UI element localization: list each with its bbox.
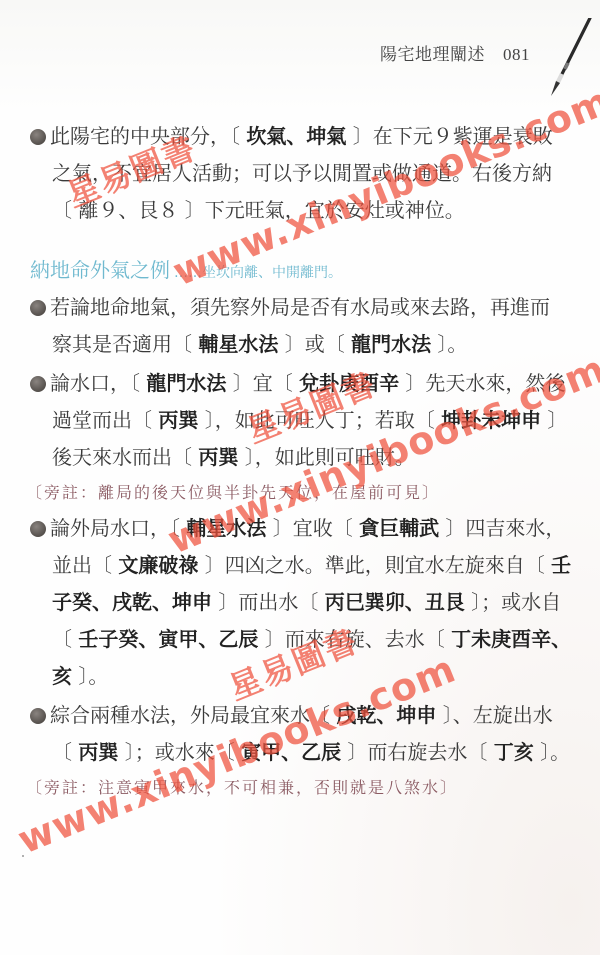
bullet-icon (30, 376, 46, 392)
body-text: 綜合兩種水法，外局最宜來水〔 (50, 703, 336, 727)
text-line: 論外局水口，〔 輔星水法 〕宜收〔 貪巨輔武 〕四吉來水， (30, 510, 590, 547)
paragraph-water-mouth: 論水口，〔 龍門水法 〕宜〔 兌卦庚酉辛 〕先天水來，然後 過堂而出〔 丙巽 〕… (30, 365, 590, 476)
bold-term: 寅甲、乙辰 (241, 740, 341, 764)
body-text: 〕宜收〔 (266, 516, 359, 540)
text-line: 〔 壬子癸、寅甲、乙辰 〕而來右旋、去水〔 丁未庚酉辛、 (30, 621, 590, 658)
bold-term: 坤卦未坤申 (441, 408, 541, 432)
body-text: 〕、左旋出水 (436, 703, 552, 727)
text-line: 並出〔 文廉破祿 〕四凶之水。準此，則宜水左旋來自〔 壬 (30, 547, 590, 584)
text-line: 論水口，〔 龍門水法 〕宜〔 兌卦庚酉辛 〕先天水來，然後 (30, 365, 590, 402)
section-heading: 納地命外氣之例……坐坎向離、中開離門。 (30, 251, 590, 289)
bold-term: 丙巳巽卯、丑艮 (325, 590, 465, 614)
body-text: 此陽宅的中央部分，〔 (50, 124, 246, 148)
bold-term: 壬 (551, 553, 571, 577)
body-text: 〕；或水來〔 (118, 740, 241, 764)
body-text: 〔 離９、艮８ 〕下元旺氣，宜於安灶或神位。 (52, 198, 465, 222)
body-text: 〕而右旋去水〔 (341, 740, 494, 764)
body-text: 並出〔 (52, 553, 118, 577)
body-text: 〕而來右旋、去水〔 (258, 627, 451, 651)
section-title: 納地命外氣之例 (30, 258, 170, 282)
body-text: 〕。 (534, 740, 570, 764)
paragraph-central-area: 此陽宅的中央部分，〔 坎氣、坤氣 〕在下元９紫運是衰敗 之氣，不宜居人活動；可以… (30, 118, 590, 229)
body-text: 論外局水口，〔 (50, 516, 186, 540)
bold-term: 丁未庚酉辛、 (451, 627, 571, 651)
bold-term: 貪巨輔武 (359, 516, 439, 540)
bold-term: 子癸、戌乾、坤申 (52, 590, 212, 614)
body-text: 〕或〔 (278, 332, 351, 356)
body-text: 察其是否適用〔 (52, 332, 198, 356)
paragraph-summary: 綜合兩種水法，外局最宜來水〔 戌乾、坤申 〕、左旋出水 〔 丙巽 〕；或水來〔 … (30, 697, 590, 771)
brush-pen-icon (548, 18, 592, 98)
body-text: 〕四凶之水。準此，則宜水左旋來自〔 (198, 553, 551, 577)
annotation-note: 〔旁註：離局的後天位與半卦先天位，在屋前可見〕 (26, 476, 590, 510)
bold-term: 丙巽 (78, 740, 118, 764)
bullet-icon (30, 521, 46, 537)
body-text: 〕 (541, 408, 567, 432)
text-line: 〔 離９、艮８ 〕下元旺氣，宜於安灶或神位。 (30, 192, 590, 229)
bold-term: 輔星水法 (198, 332, 278, 356)
text-line: 之氣，不宜居人活動；可以予以閒置或做通道。右後方納 (30, 155, 590, 192)
scan-speck (22, 855, 24, 857)
running-header: 陽宅地理闡述081 (380, 40, 530, 65)
text-line: 後天來水而出〔 丙巽 〕，如此則可旺財。 (30, 439, 590, 476)
bold-term: 輔星水法 (186, 516, 266, 540)
text-line: 綜合兩種水法，外局最宜來水〔 戌乾、坤申 〕、左旋出水 (30, 697, 590, 734)
bold-term: 坎氣、坤氣 (246, 124, 346, 148)
paragraph-earth-qi: 若論地命地氣，須先察外局是否有水局或來去路，再進而 察其是否適用〔 輔星水法 〕… (30, 289, 590, 363)
bold-term: 龍門水法 (146, 371, 226, 395)
text-line: 子癸、戌乾、坤申 〕而出水〔 丙巳巽卯、丑艮 〕；或水自 (30, 584, 590, 621)
book-title: 陽宅地理闡述 (380, 45, 485, 65)
body-text: 〕。 (431, 332, 467, 356)
body-text: 〕而出水〔 (212, 590, 325, 614)
text-line: 察其是否適用〔 輔星水法 〕或〔 龍門水法 〕。 (30, 326, 590, 363)
bold-term: 龍門水法 (351, 332, 431, 356)
bold-term: 戌乾、坤申 (336, 703, 436, 727)
bold-term: 丁亥 (494, 740, 534, 764)
body-text: 〕宜〔 (226, 371, 299, 395)
text-line: 亥 〕。 (30, 658, 590, 695)
body-text: 〕；或水自 (465, 590, 561, 614)
body-text: 論水口，〔 (50, 371, 146, 395)
bold-term: 壬子癸、寅甲、乙辰 (78, 627, 258, 651)
body-text: 之氣，不宜居人活動；可以予以閒置或做通道。右後方納 (52, 161, 552, 185)
body-text: 〕四吉來水， (439, 516, 565, 540)
bold-term: 亥 (52, 664, 72, 688)
section-subtitle: ……坐坎向離、中開離門。 (174, 265, 342, 281)
text-line: 過堂而出〔 丙巽 〕，如此可旺人丁；若取〔 坤卦未坤申 〕 (30, 402, 590, 439)
bullet-icon (30, 129, 46, 145)
body-text: 過堂而出〔 (52, 408, 158, 432)
body-text: 〕，如此則可旺財。 (238, 445, 414, 469)
bullet-icon (30, 708, 46, 724)
page-body: 此陽宅的中央部分，〔 坎氣、坤氣 〕在下元９紫運是衰敗 之氣，不宜居人活動；可以… (30, 118, 590, 805)
bold-term: 丙巽 (158, 408, 198, 432)
body-text: 〔 (52, 627, 78, 651)
body-text: 〕在下元９紫運是衰敗 (346, 124, 552, 148)
body-text: 〔 (52, 740, 78, 764)
page-number: 081 (503, 45, 530, 64)
bold-term: 文廉破祿 (118, 553, 198, 577)
body-text: 〕，如此可旺人丁；若取〔 (198, 408, 441, 432)
bullet-icon (30, 300, 46, 316)
body-text: 〕。 (72, 664, 108, 688)
annotation-note: 〔旁註：注意寅甲來水，不可相兼，否則就是八煞水〕 (26, 771, 590, 805)
body-text: 若論地命地氣，須先察外局是否有水局或來去路，再進而 (50, 295, 550, 319)
text-line: 此陽宅的中央部分，〔 坎氣、坤氣 〕在下元９紫運是衰敗 (30, 118, 590, 155)
paragraph-outer-water-mouth: 論外局水口，〔 輔星水法 〕宜收〔 貪巨輔武 〕四吉來水， 並出〔 文廉破祿 〕… (30, 510, 590, 695)
body-text: 〕先天水來，然後 (399, 371, 565, 395)
bold-term: 兌卦庚酉辛 (299, 371, 399, 395)
body-text: 後天來水而出〔 (52, 445, 198, 469)
text-line: 〔 丙巽 〕；或水來〔 寅甲、乙辰 〕而右旋去水〔 丁亥 〕。 (30, 734, 590, 771)
text-line: 若論地命地氣，須先察外局是否有水局或來去路，再進而 (30, 289, 590, 326)
bold-term: 丙巽 (198, 445, 238, 469)
